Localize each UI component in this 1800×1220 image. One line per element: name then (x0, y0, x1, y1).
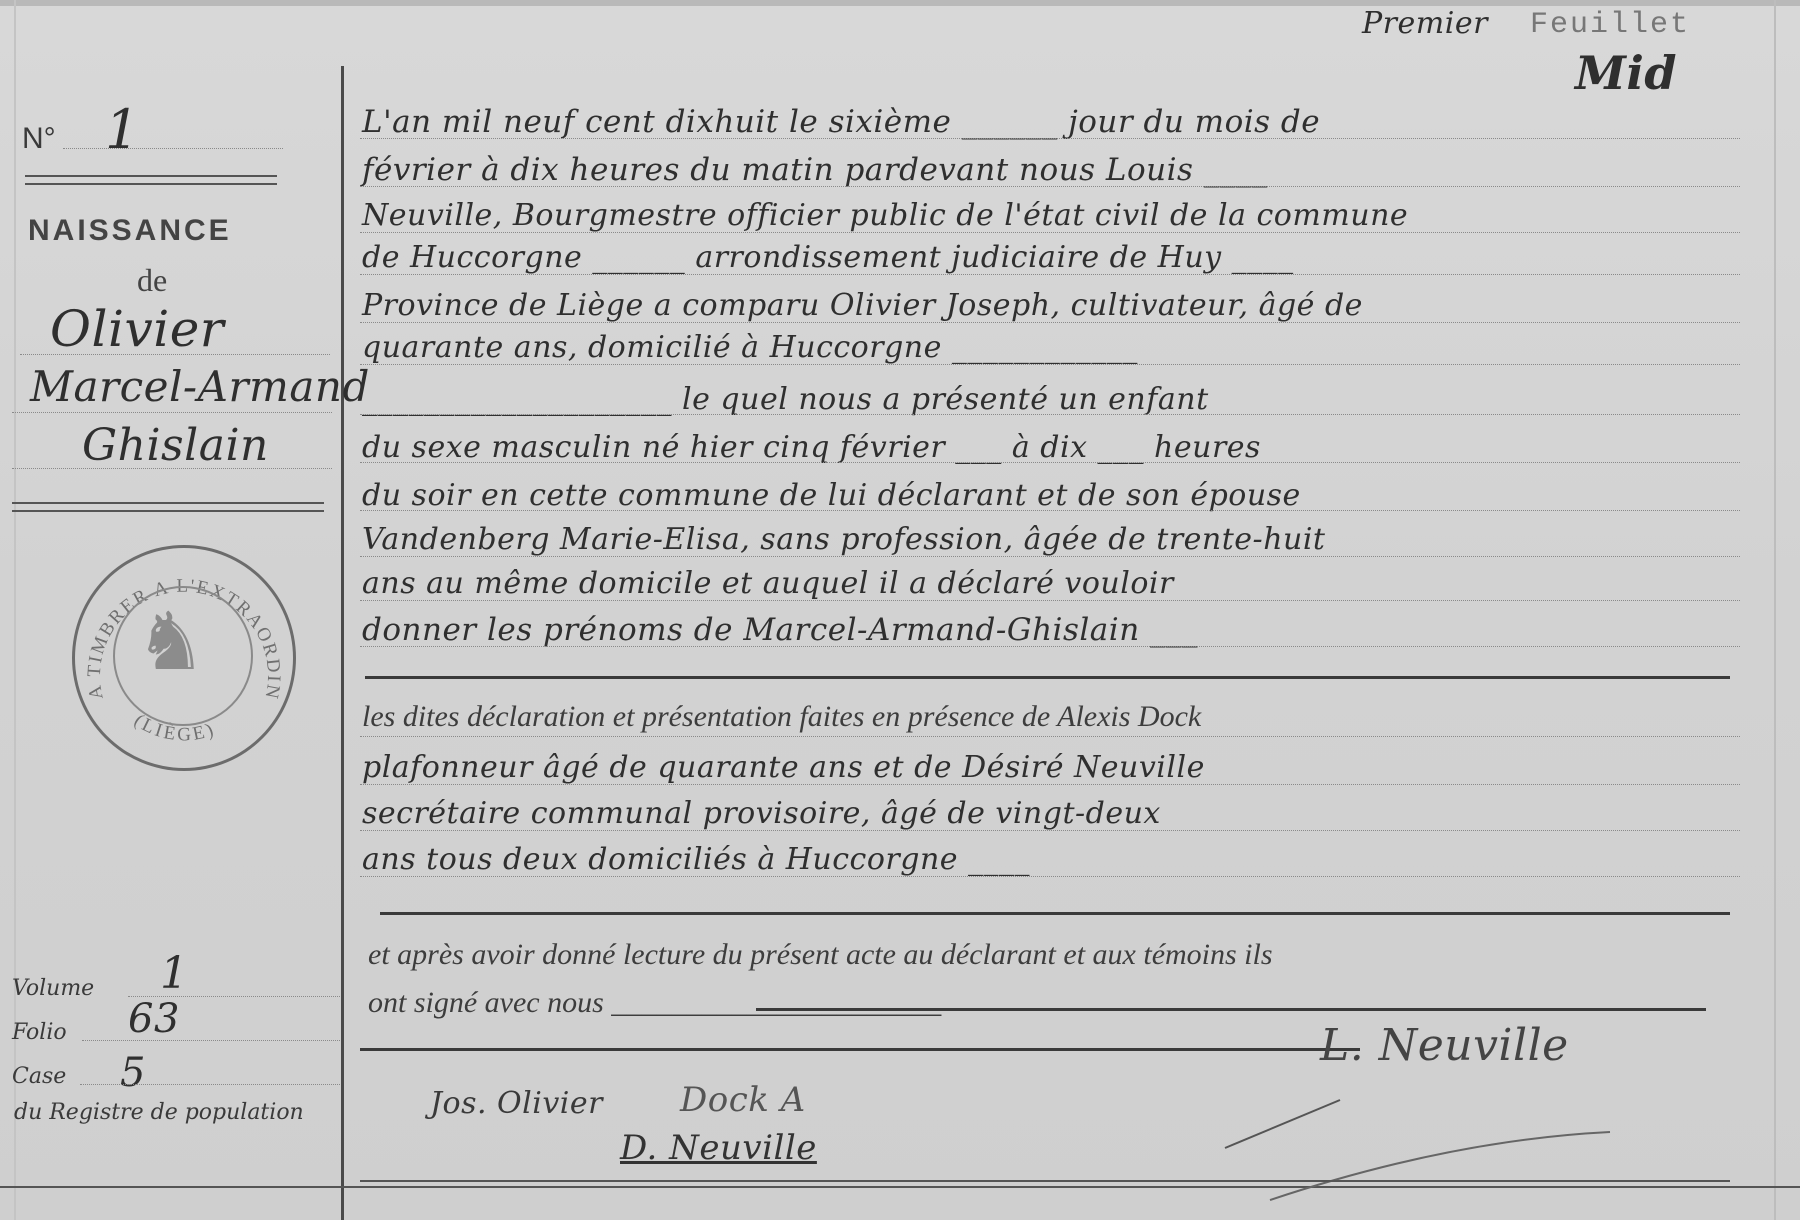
witness-rule-1 (360, 736, 1740, 737)
column-divider (341, 66, 344, 1220)
body-rule-1 (360, 138, 1740, 139)
body-rule-11 (360, 600, 1740, 601)
body-line-5: Province de Liège a comparu Olivier Jose… (362, 288, 1363, 323)
officer-signature-flourish (1210, 1060, 1630, 1210)
body-rule-7 (360, 414, 1740, 415)
witness-line-3: secrétaire communal provisoire, âgé de v… (362, 796, 1161, 831)
body-rule-6 (360, 364, 1740, 365)
body-line-7: ____________________ le quel nous a prés… (362, 382, 1209, 417)
body-rule-10 (360, 556, 1740, 557)
de-label: de (137, 262, 167, 299)
case-label: Case (12, 1064, 66, 1089)
body-rule-5 (360, 322, 1740, 323)
witness-rule-2 (360, 784, 1740, 785)
number-double-rule (25, 175, 277, 185)
body-line-2: février à dix heures du matin pardevant … (362, 152, 1268, 188)
child-firstnames-1: Marcel-Armand (30, 362, 370, 411)
body-line-6: quarante ans, domicilié à Huccorgne ____… (362, 330, 1138, 365)
witness-rule-3 (360, 830, 1740, 831)
number-rule (63, 148, 283, 149)
document-page: Premier Feuillet Mid N° 1 NAISSANCE de O… (0, 0, 1800, 1220)
witness-line-2: plafonneur âgé de quarante ans et de Dés… (362, 750, 1205, 785)
body-rule-8 (360, 462, 1740, 463)
name-rule-2 (12, 412, 332, 413)
feuillet-handwritten: Premier (1362, 6, 1488, 41)
case-rule (80, 1084, 340, 1085)
case-value: 5 (120, 1050, 146, 1096)
naissance-title: NAISSANCE (28, 214, 232, 248)
registry-footer: du Registre de population (14, 1100, 304, 1125)
body-line-12: donner les prénoms de Marcel-Armand-Ghis… (362, 612, 1198, 648)
body-rule-2 (360, 186, 1740, 187)
body-line-8: du sexe masculin né hier cinq février __… (362, 430, 1261, 465)
witness-1-signature: Dock A (680, 1080, 806, 1120)
tax-stamp: A TIMBRER A L'EXTRAORDINAIRE (LIÈGE) ♞ (72, 545, 296, 771)
witness-rule-4 (360, 876, 1740, 877)
body-rule-9 (360, 510, 1740, 511)
body-rule-3 (360, 232, 1740, 233)
folio-rule (82, 1040, 340, 1041)
body-line-10: Vandenberg Marie-Elisa, sans profession,… (362, 522, 1326, 557)
right-border (1774, 0, 1776, 1220)
closing-rule (756, 1008, 1706, 1011)
section-divider-1 (365, 676, 1730, 679)
number-value: 1 (105, 98, 140, 161)
name-double-rule (12, 502, 324, 512)
body-line-9: du soir en cette commune de lui déclaran… (362, 478, 1301, 513)
body-rule-4 (360, 274, 1740, 275)
signature-top-rule (360, 1048, 1360, 1051)
closing-line-1: et après avoir donné lecture du présent … (368, 938, 1273, 972)
child-surname: Olivier (50, 300, 224, 358)
body-line-3: Neuville, Bourgmestre officier public de… (362, 198, 1408, 233)
volume-value: 1 (160, 948, 189, 999)
declarant-signature: Jos. Olivier (430, 1086, 603, 1121)
signature-bottom-rule (360, 1180, 1730, 1182)
number-label: N° (22, 122, 56, 156)
child-firstnames-2: Ghislain (82, 420, 269, 471)
folio-label: Folio (12, 1020, 67, 1045)
body-rule-12 (360, 646, 1740, 647)
name-rule-3 (12, 468, 332, 469)
witness-line-1: les dites déclaration et présentation fa… (362, 700, 1201, 734)
body-line-1: L'an mil neuf cent dixhuit le sixième __… (362, 104, 1320, 140)
initials: Mid (1575, 46, 1677, 100)
body-line-4: de Huccorgne ______ arrondissement judic… (362, 240, 1294, 275)
closing-line-2: ont signé avec nous ____________________… (368, 986, 941, 1020)
folio-value: 63 (128, 996, 180, 1042)
witness-2-signature: D. Neuville (620, 1128, 817, 1168)
scan-top-edge (0, 0, 1800, 6)
name-rule-1 (20, 354, 330, 355)
section-divider-2 (380, 912, 1730, 915)
lion-emblem-icon: ♞ (135, 603, 207, 683)
witness-line-4: ans tous deux domiciliés à Huccorgne ___… (362, 842, 1030, 877)
feuillet-typed: Feuillet (1530, 8, 1690, 42)
body-line-11: ans au même domicile et auquel il a décl… (362, 566, 1174, 601)
volume-label: Volume (12, 976, 94, 1001)
